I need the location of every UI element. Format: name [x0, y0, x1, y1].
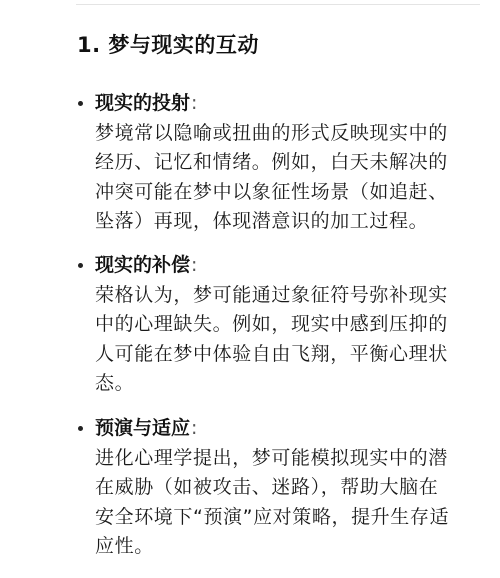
- description-line: 进化心理学提出，梦可能模拟现实中的潜: [95, 444, 479, 474]
- item-label: 预演与适应: [95, 417, 190, 439]
- item-title-line: 现实的补偿:: [95, 251, 197, 281]
- description-line: 荣格认为，梦可能通过象征符号弥补现实: [95, 281, 479, 311]
- description-line: 态。: [95, 369, 479, 399]
- item-description: 荣格认为，梦可能通过象征符号弥补现实 中的心理缺失。例如，现实中感到压抑的 人可…: [95, 281, 479, 399]
- top-divider: [76, 4, 480, 5]
- description-line: 中的心理缺失。例如，现实中感到压抑的: [95, 310, 479, 340]
- item-label: 现实的投射: [95, 92, 190, 114]
- item-colon: :: [191, 254, 197, 276]
- description-line: 人可能在梦中体验自由飞翔，平衡心理状: [95, 340, 479, 370]
- bullet-dot-icon: [78, 426, 83, 431]
- description-line: 梦境常以隐喻或扭曲的形式反映现实中的: [95, 119, 479, 149]
- description-line: 在威胁（如被攻击、迷路），帮助大脑在: [95, 473, 479, 503]
- item-description: 梦境常以隐喻或扭曲的形式反映现实中的 经历、记忆和情绪。例如，白天未解决的 冲突…: [95, 119, 479, 237]
- bullet-dot-icon: [78, 101, 83, 106]
- item-colon: :: [191, 92, 197, 114]
- description-line: 经历、记忆和情绪。例如，白天未解决的: [95, 148, 479, 178]
- item-colon: :: [191, 417, 197, 439]
- item-title-line: 现实的投射:: [95, 89, 197, 119]
- description-line: 应性。: [95, 532, 479, 562]
- item-title-line: 预演与适应:: [95, 414, 197, 444]
- description-line: 冲突可能在梦中以象征性场景（如追赶、: [95, 178, 479, 208]
- section-heading: 1. 梦与现实的互动: [77, 30, 259, 60]
- item-label: 现实的补偿: [95, 254, 190, 276]
- bullet-dot-icon: [78, 263, 83, 268]
- item-description: 进化心理学提出，梦可能模拟现实中的潜 在威胁（如被攻击、迷路），帮助大脑在 安全…: [95, 444, 479, 562]
- description-line: 坠落）再现，体现潜意识的加工过程。: [95, 207, 479, 237]
- description-line: 安全环境下“预演”应对策略，提升生存适: [95, 503, 479, 533]
